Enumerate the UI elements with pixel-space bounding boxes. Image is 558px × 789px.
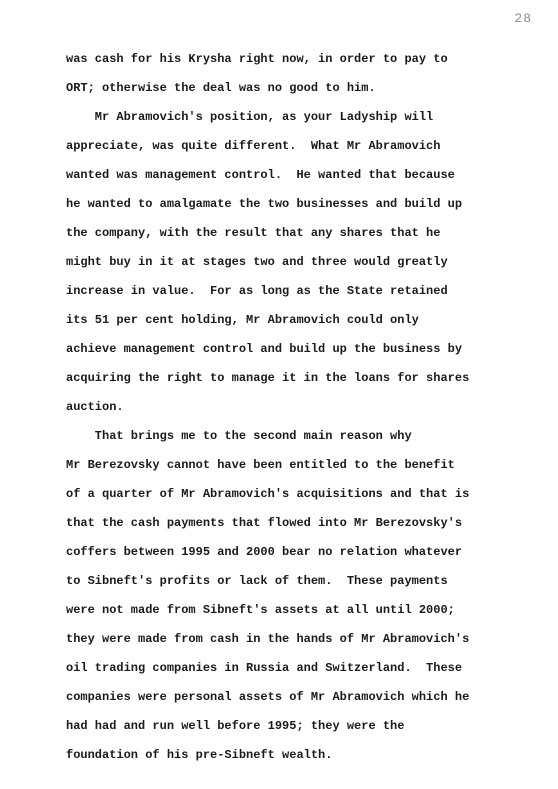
page-number: 28 (514, 11, 532, 27)
transcript-text: was cash for his Krysha right now, in or… (66, 45, 469, 770)
transcript-page: 28 was cash for his Krysha right now, in… (0, 0, 558, 789)
